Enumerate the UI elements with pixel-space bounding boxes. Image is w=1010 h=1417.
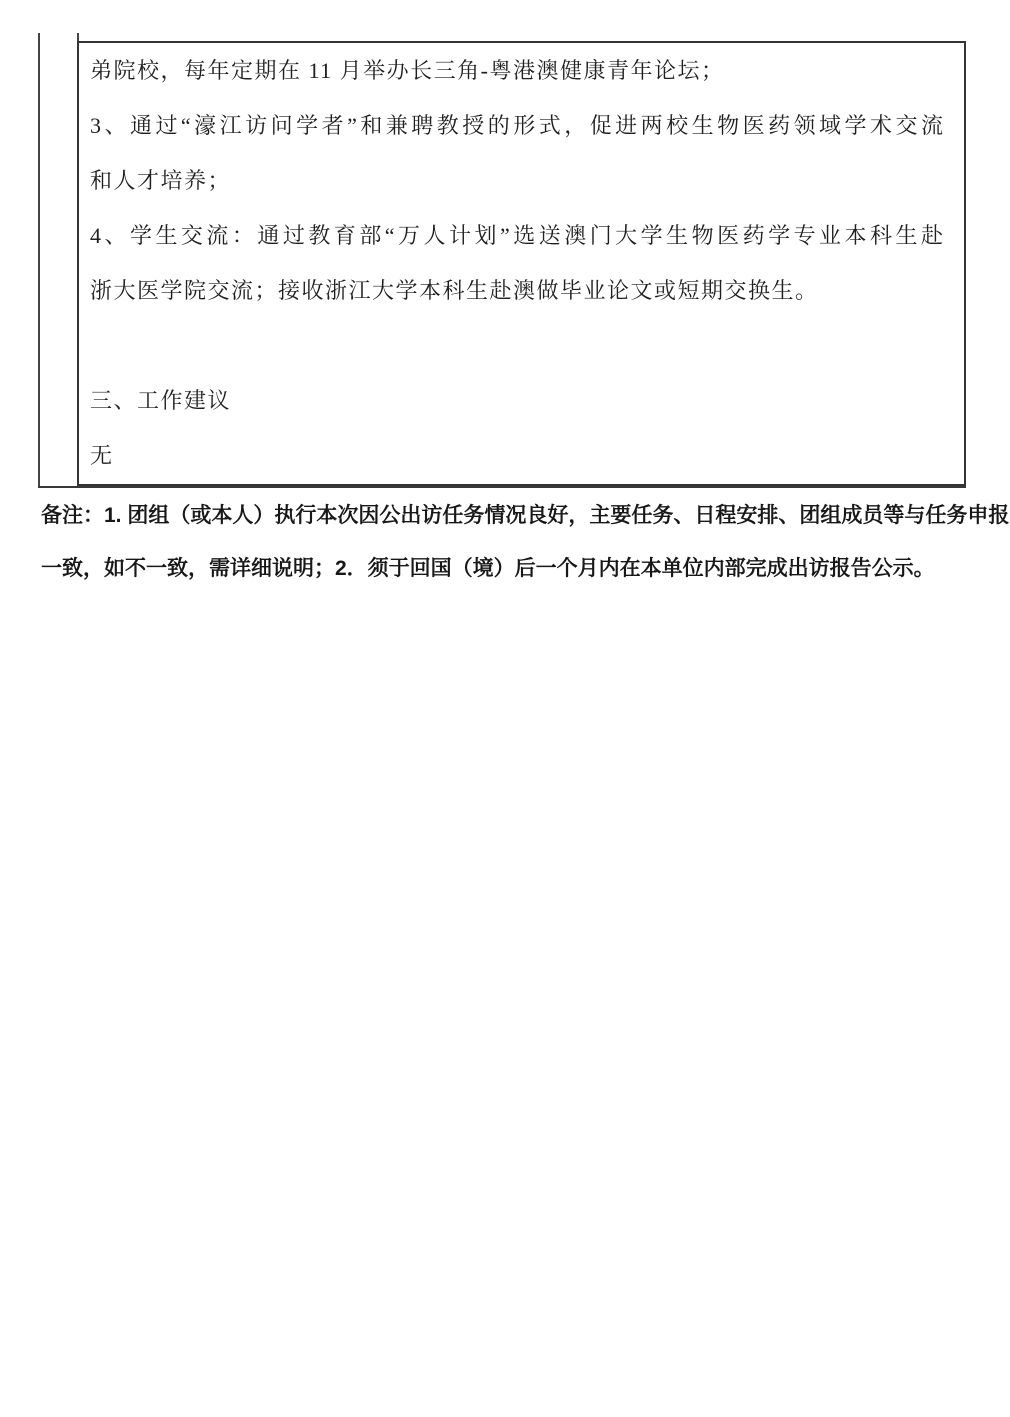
table-outer-left-border: [38, 33, 40, 486]
section-heading-work-suggestions: 三、工作建议: [90, 373, 944, 428]
content-line-blank: [90, 318, 944, 373]
footnote: 备注：1. 团组（或本人）执行本次因公出访任务情况良好，主要任务、日程安排、团组…: [41, 489, 976, 595]
content-line: 3、通过“濠江访问学者”和兼聘教授的形式，促进两校生物医药领域学术交流: [90, 98, 944, 153]
report-content-cell: 弟院校，每年定期在 11 月举办长三角-粤港澳健康青年论坛； 3、通过“濠江访问…: [77, 41, 966, 486]
footnote-line: 一致，如不一致，需详细说明；2．须于回国（境）后一个月内在本单位内部完成出访报告…: [41, 542, 976, 595]
content-line: 弟院校，每年定期在 11 月举办长三角-粤港澳健康青年论坛；: [90, 43, 944, 98]
content-line: 4、学生交流：通过教育部“万人计划”选送澳门大学生物医药学专业本科生赴: [90, 208, 944, 263]
content-line: 和人才培养；: [90, 153, 944, 208]
content-line: 浙大医学院交流；接收浙江大学本科生赴澳做毕业论文或短期交换生。: [90, 263, 944, 318]
report-table: 弟院校，每年定期在 11 月举办长三角-粤港澳健康青年论坛； 3、通过“濠江访问…: [38, 33, 966, 488]
document-page: { "cell": { "lines": [ "弟院校，每年定期在 11 月举办…: [0, 0, 1010, 1417]
page: 弟院校，每年定期在 11 月举办长三角-粤港澳健康青年论坛； 3、通过“濠江访问…: [0, 0, 1010, 1417]
footnote-line: 备注：1. 团组（或本人）执行本次因公出访任务情况良好，主要任务、日程安排、团组…: [41, 489, 976, 542]
content-line: 无: [90, 428, 944, 483]
